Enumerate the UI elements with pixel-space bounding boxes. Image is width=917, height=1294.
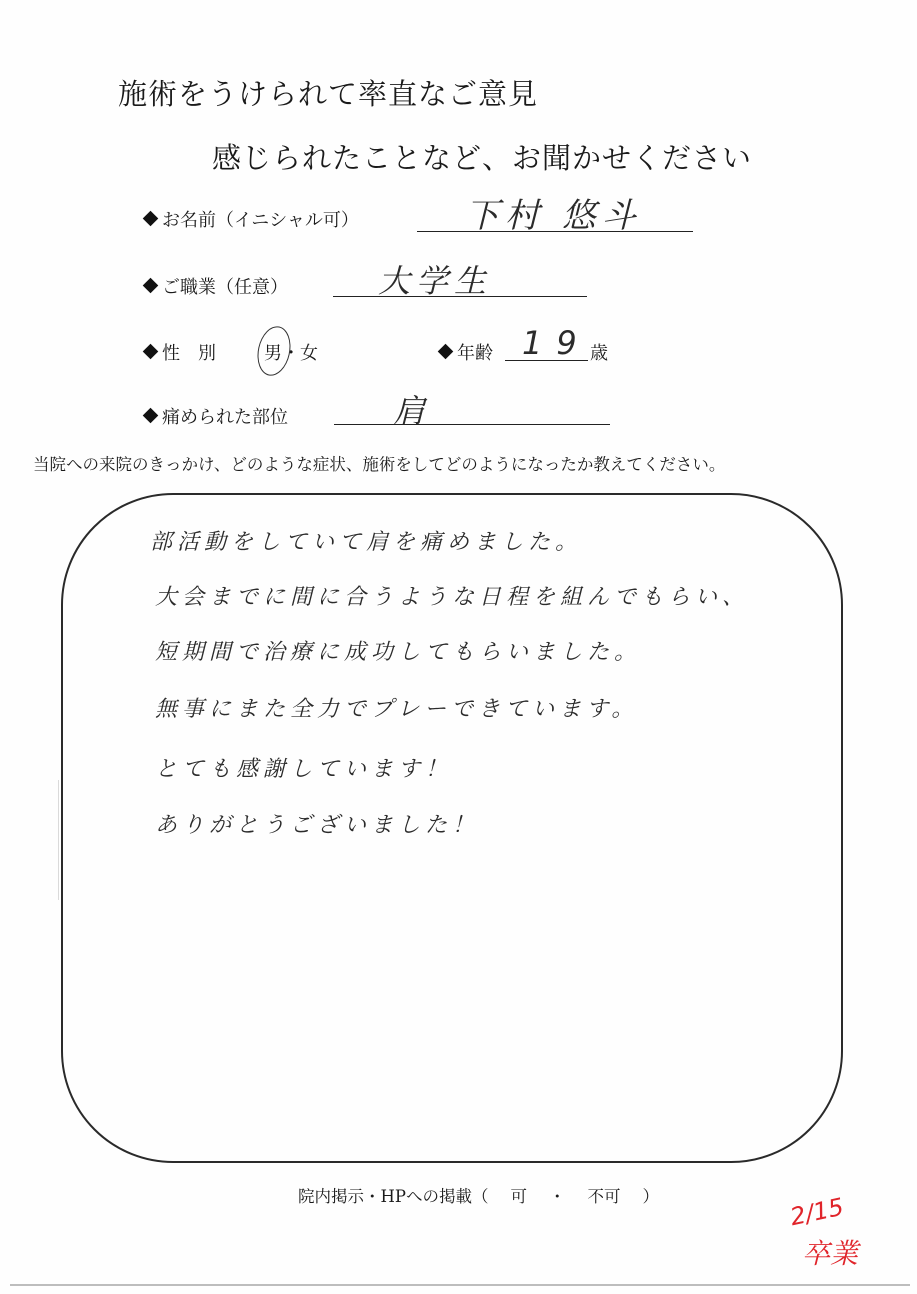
age-value[interactable]: 19 — [522, 324, 591, 362]
consent-option-yes[interactable]: 可 — [511, 1183, 528, 1207]
page-bottom-edge — [10, 1284, 910, 1286]
affected-area-value[interactable]: 肩 — [393, 386, 431, 432]
message-line: とても感謝しています！ — [155, 752, 452, 783]
affected-area-underline — [334, 424, 610, 425]
name-underline — [417, 231, 693, 232]
consent-separator: ・ — [549, 1183, 566, 1207]
scan-margin-mark — [58, 780, 59, 900]
name-label-text: お名前（イニシャル可） — [162, 210, 359, 231]
publication-consent: 院内掲示・HPへの掲載（可・不可） — [298, 1183, 659, 1207]
message-line: 短期間で治療に成功してもらいました。 — [155, 635, 641, 666]
age-underline — [505, 360, 588, 361]
name-field-label: お名前（イニシャル可） — [145, 206, 359, 232]
diamond-bullet-icon — [438, 344, 454, 360]
gender-label-text: 性 別 — [162, 343, 216, 364]
consent-option-no[interactable]: 不可 — [588, 1183, 621, 1207]
age-unit: 歳 — [590, 339, 608, 365]
diamond-bullet-icon — [143, 211, 159, 227]
occupation-label-text: ご職業（任意） — [162, 277, 288, 298]
name-value[interactable]: 下村 悠斗 — [465, 188, 642, 237]
gender-field-label: 性 別 — [145, 339, 216, 365]
form-title-line1: 施術をうけられて率直なご意見 — [118, 72, 538, 113]
instruction-text: 当院への来院のきっかけ、どのような症状、施術をしてどのようになったか教えてくださ… — [33, 451, 725, 475]
gender-option-female[interactable]: 女 — [300, 343, 318, 364]
occupation-underline — [333, 296, 587, 297]
message-line: 大会までに間に合うような日程を組んでもらい、 — [155, 580, 749, 611]
gender-selected-circle-mark — [253, 323, 295, 379]
consent-label: 院内掲示・HPへの掲載（ — [298, 1183, 489, 1207]
form-title-line2: 感じられたことなど、お聞かせください — [212, 136, 752, 177]
age-field-label: 年齢 — [440, 339, 493, 365]
diamond-bullet-icon — [143, 408, 159, 424]
message-line: ありがとうございました！ — [155, 808, 479, 839]
affected-area-label-text: 痛められた部位 — [162, 407, 288, 428]
annotation-note: 卒業 — [802, 1232, 858, 1272]
occupation-field-label: ご職業（任意） — [145, 273, 288, 299]
message-line: 無事にまた全力でプレーできています。 — [155, 692, 638, 723]
consent-close-paren: ） — [643, 1183, 660, 1207]
message-line: 部活動をしていて肩を痛めました。 — [150, 525, 582, 556]
annotation-date: 2/15 — [788, 1193, 847, 1232]
affected-area-field-label: 痛められた部位 — [145, 403, 288, 429]
age-label-text: 年齢 — [457, 343, 493, 364]
diamond-bullet-icon — [143, 278, 159, 294]
diamond-bullet-icon — [143, 344, 159, 360]
